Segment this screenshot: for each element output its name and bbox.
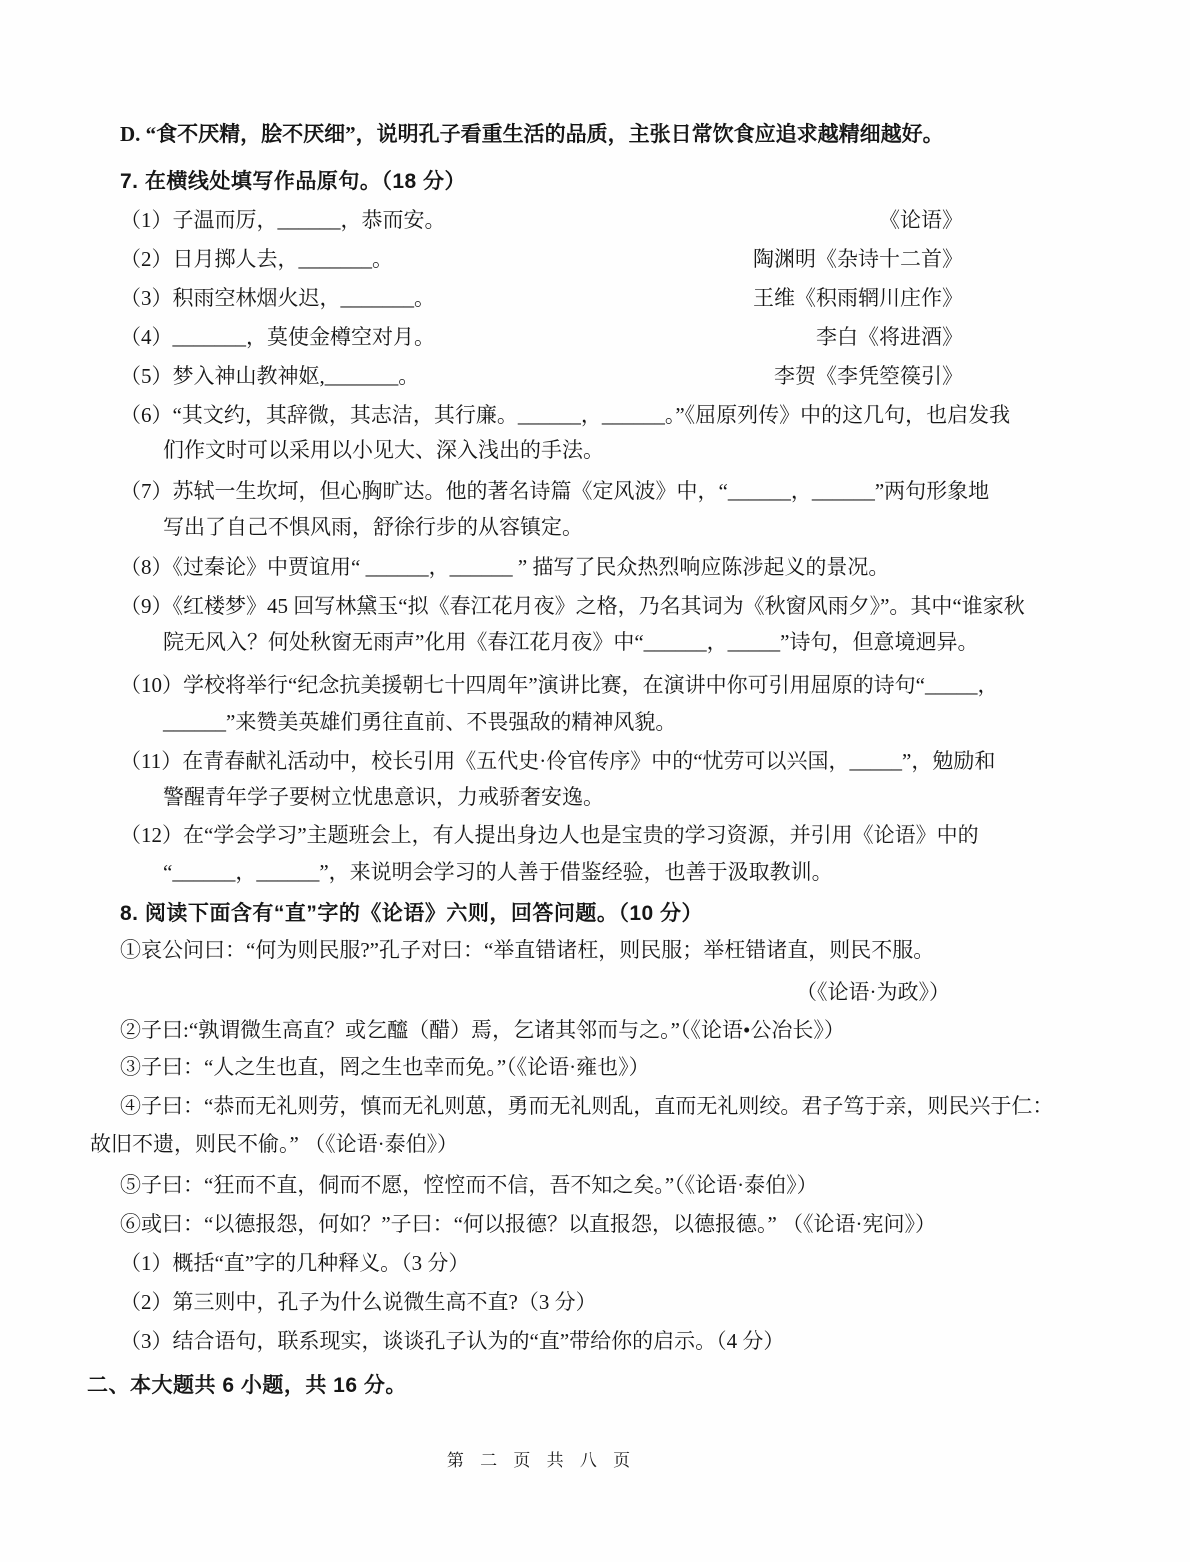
q7-item-2-text: （2）日月掷人去，_______。 <box>120 247 393 271</box>
q8-passage-1: ①哀公问曰：“何为则民服?”孔子对曰：“举直错诸枉，则民服；举枉错诸直，则民不服… <box>120 938 1157 962</box>
q7-item-7-line-2: 写出了自己不惧风雨，舒徐行步的从容镇定。 <box>163 515 1157 539</box>
option-d-line: D. “食不厌精，脍不厌细”，说明孔子看重生活的品质，主张日常饮食应追求越精细越… <box>120 122 1157 146</box>
q7-item-3-text: （3）积雨空林烟火迟，_______。 <box>120 286 435 310</box>
q7-item-12-line-1: （12）在“学会学习”主题班会上，有人提出身边人也是宝贵的学习资源，并引用《论语… <box>120 823 1157 847</box>
q8-passage-4-line-1: ④子曰：“恭而无礼则劳，慎而无礼则葸，勇而无礼则乱，直而无礼则绞。君子笃于亲，则… <box>120 1094 1157 1118</box>
q7-item-5: （5）梦入神山教神妪,_______。 李贺《李凭箜篌引》 <box>120 364 963 388</box>
q7-item-12-line-2: “______，______”，来说明会学习的人善于借鉴经验，也善于汲取教训。 <box>163 860 1157 884</box>
q7-item-2: （2）日月掷人去，_______。 陶渊明《杂诗十二首》 <box>120 247 963 271</box>
q7-item-10-line-2: ______”来赞美英雄们勇往直前、不畏强敌的精神风貌。 <box>163 710 1157 734</box>
q8-passage-3: ③子曰：“人之生也直，罔之生也幸而免。”（《论语·雍也》） <box>120 1055 1157 1079</box>
q8-passage-4-line-2: 故旧不遗，则民不偷。” （《论语·泰伯》） <box>90 1132 1157 1156</box>
q7-item-1: （1）子温而厉，______，恭而安。 《论语》 <box>120 208 963 232</box>
page-number-indicator: 第 二 页 共 八 页 <box>120 1449 963 1473</box>
q8-subquestion-3: （3）结合语句，联系现实，谈谈孔子认为的“直”带给你的启示。（4 分） <box>120 1329 1157 1353</box>
q8-passage-6: ⑥或曰：“以德报怨，何如？”子曰：“何以报德？以直报怨，以德报德。” （《论语·… <box>120 1212 1157 1236</box>
q7-item-1-text: （1）子温而厉，______，恭而安。 <box>120 208 446 232</box>
exam-paper-page: D. “食不厌精，脍不厌细”，说明孔子看重生活的品质，主张日常饮食应追求越精细越… <box>0 0 1190 1562</box>
page-content: D. “食不厌精，脍不厌细”，说明孔子看重生活的品质，主张日常饮食应追求越精细越… <box>0 0 1157 1473</box>
q8-passage-2: ②子曰:“孰谓微生高直？或乞醯（醋）焉，乞诸其邻而与之。”（《论语•公冶长》） <box>120 1018 1157 1042</box>
q7-item-11-line-2: 警醒青年学子要树立忧患意识，力戒骄奢安逸。 <box>163 785 1157 809</box>
q7-item-9-line-1: （9）《红楼梦》45 回写林黛玉“拟《春江花月夜》之格，乃名其词为《秋窗风雨夕》… <box>120 594 1157 618</box>
section-2-heading: 二、本大题共 6 小题，共 16 分。 <box>87 1374 1157 1398</box>
q7-item-3: （3）积雨空林烟火迟，_______。 王维《积雨辋川庄作》 <box>120 286 963 310</box>
q7-item-7-line-1: （7）苏轼一生坎坷，但心胸旷达。他的著名诗篇《定风波》中，“______，___… <box>120 479 1157 503</box>
q7-item-6-line-1: （6）“其文约，其辞微，其志洁，其行廉。______，______。”《屈原列传… <box>120 403 1157 427</box>
q7-item-6-line-2: 们作文时可以采用以小见大、深入浅出的手法。 <box>163 438 1157 462</box>
q7-item-5-text: （5）梦入神山教神妪,_______。 <box>120 364 419 388</box>
q7-item-8: （8）《过秦论》中贾谊用“ ______，______ ” 描写了民众热烈响应陈… <box>120 555 1157 579</box>
q8-subquestion-1: （1）概括“直”字的几种释义。（3 分） <box>120 1251 1157 1275</box>
question-8-heading: 8. 阅读下面含有“直”字的《论语》六则，回答问题。（10 分） <box>120 902 1157 926</box>
q7-item-11-line-1: （11）在青春献礼活动中，校长引用《五代史·伶官传序》中的“忧劳可以兴国，___… <box>120 749 1157 773</box>
q7-item-3-source: 王维《积雨辋川庄作》 <box>753 286 963 310</box>
q7-item-2-source: 陶渊明《杂诗十二首》 <box>753 247 963 271</box>
q7-item-10-line-1: （10）学校将举行“纪念抗美援朝七十四周年”演讲比赛，在演讲中你可引用屈原的诗句… <box>120 673 1157 697</box>
q7-item-1-source: 《论语》 <box>879 208 963 232</box>
q7-item-5-source: 李贺《李凭箜篌引》 <box>774 364 963 388</box>
question-7-heading: 7. 在横线处填写作品原句。（18 分） <box>120 170 1157 194</box>
q7-item-9-line-2: 院无风入？何处秋窗无雨声”化用《春江花月夜》中“______，_____”诗句，… <box>163 630 1157 654</box>
q7-item-4-source: 李白《将进酒》 <box>816 325 963 349</box>
q8-subquestion-2: （2）第三则中，孔子为什么说微生高不直?（3 分） <box>120 1290 1157 1314</box>
q8-passage-5: ⑤子曰：“狂而不直，侗而不愿，悾悾而不信，吾不知之矣。”（《论语·泰伯》） <box>120 1173 1157 1197</box>
q7-item-4-text: （4）_______，莫使金樽空对月。 <box>120 325 435 349</box>
q7-item-4: （4）_______，莫使金樽空对月。 李白《将进酒》 <box>120 325 963 349</box>
q8-passage-1-attribution: （《论语·为政》） <box>120 980 950 1004</box>
